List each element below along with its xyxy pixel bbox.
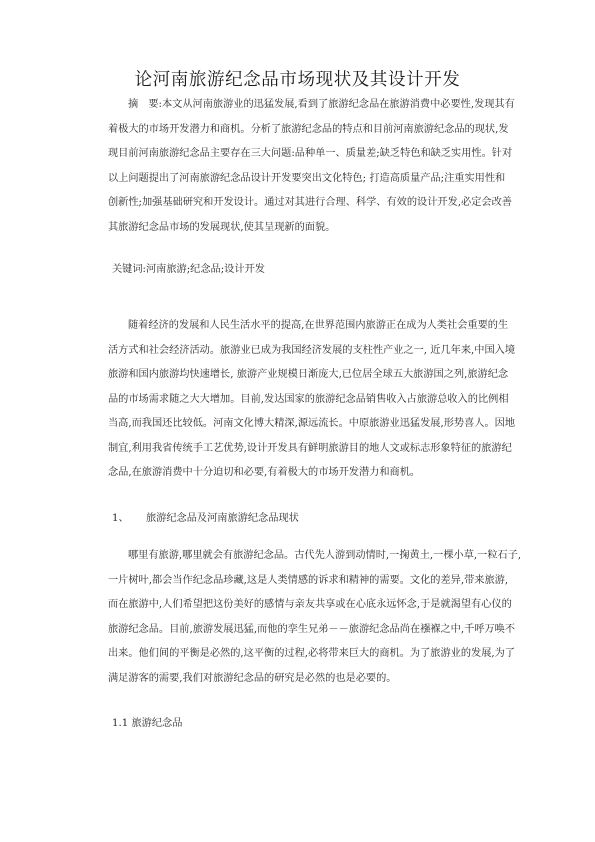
section1-paragraph: 哪里有旅游,哪里就会有旅游纪念品。古代先人游到动情时,一掬黄土,一棵小草,一粒石… xyxy=(108,544,486,691)
section-heading-1: 1、旅游纪念品及河南旅游纪念品现状 xyxy=(112,509,299,524)
abstract-line: 摘 要:本文从河南旅游业的迅猛发展,看到了旅游纪念品在旅游消费中必要性,发现其有 xyxy=(108,93,486,118)
abstract-line: 以上问题提出了河南旅游纪念品设计开发要突出文化特色; 打造高质量产品;注重实用性… xyxy=(108,167,486,192)
abstract-line: 着极大的市场开发潜力和商机。分析了旅游纪念品的特点和目前河南旅游纪念品的现状,发 xyxy=(108,118,486,143)
intro-line: 随着经济的发展和人民生活水平的提高,在世界范围内旅游正在成为人类社会重要的生 xyxy=(108,314,486,339)
abstract-paragraph: 摘 要:本文从河南旅游业的迅猛发展,看到了旅游纪念品在旅游消费中必要性,发现其有… xyxy=(108,93,486,240)
document-title: 论河南旅游纪念品市场现状及其设计开发 xyxy=(0,66,595,91)
subsection-heading-1-1: 1.1 旅游纪念品 xyxy=(112,714,182,729)
section1-line: 出来。他们间的平衡是必然的,这平衡的过程,必将带来巨大的商机。为了旅游业的发展,… xyxy=(108,642,486,667)
intro-line: 品的市场需求随之大大增加。目前,发达国家的旅游纪念品销售收入占旅游总收入的比例相 xyxy=(108,388,486,413)
intro-line: 念品,在旅游消费中十分迫切和必要,有着极大的市场开发潜力和商机。 xyxy=(108,461,486,486)
keywords: 关键词:河南旅游;纪念品;设计开发 xyxy=(112,260,265,275)
abstract-line: 其旅游纪念品市场的发展现状,使其呈现新的面貌。 xyxy=(108,216,486,241)
section-title: 旅游纪念品及河南旅游纪念品现状 xyxy=(146,513,299,524)
document-page: 论河南旅游纪念品市场现状及其设计开发 摘 要:本文从河南旅游业的迅猛发展,看到了… xyxy=(0,0,595,842)
abstract-line: 创新性;加强基础研究和开发设计。通过对其进行合理、科学、有效的设计开发,必定会改… xyxy=(108,191,486,216)
section-number: 1、 xyxy=(112,509,146,524)
section1-line: 旅游纪念品。目前,旅游发展迅猛,而他的孪生兄弟－－旅游纪念品尚在襁褓之中,千呼万… xyxy=(108,618,486,643)
intro-line: 活方式和社会经济活动。旅游业已成为我国经济发展的支柱性产业之一, 近几年来,中国… xyxy=(108,339,486,364)
intro-line: 制宜,利用我省传统手工艺优势,设计开发具有鲜明旅游目的地人文或标志形象特征的旅游… xyxy=(108,437,486,462)
section1-line: 满足游客的需要,我们对旅游纪念品的研究是必然的也是必要的。 xyxy=(108,667,486,692)
abstract-line: 现目前河南旅游纪念品主要存在三大问题:品种单一、质量差;缺乏特色和缺乏实用性。针… xyxy=(108,142,486,167)
section1-line: 哪里有旅游,哪里就会有旅游纪念品。古代先人游到动情时,一掬黄土,一棵小草,一粒石… xyxy=(108,544,486,569)
intro-paragraph: 随着经济的发展和人民生活水平的提高,在世界范围内旅游正在成为人类社会重要的生 活… xyxy=(108,314,486,486)
intro-line: 当高,而我国还比较低。河南文化博大精深,源远流长。中原旅游业迅猛发展,形势喜人。… xyxy=(108,412,486,437)
section1-line: 而在旅游中,人们希望把这份美好的感情与亲友共享或在心底永远怀念,于是就渴望有心仪… xyxy=(108,593,486,618)
section1-line: 一片树叶,都会当作纪念品珍藏,这是人类情感的诉求和精神的需要。文化的差异,带来旅… xyxy=(108,569,486,594)
intro-line: 旅游和国内旅游均快速增长, 旅游产业规模日渐庞大,已位居全球五大旅游国之列,旅游… xyxy=(108,363,486,388)
